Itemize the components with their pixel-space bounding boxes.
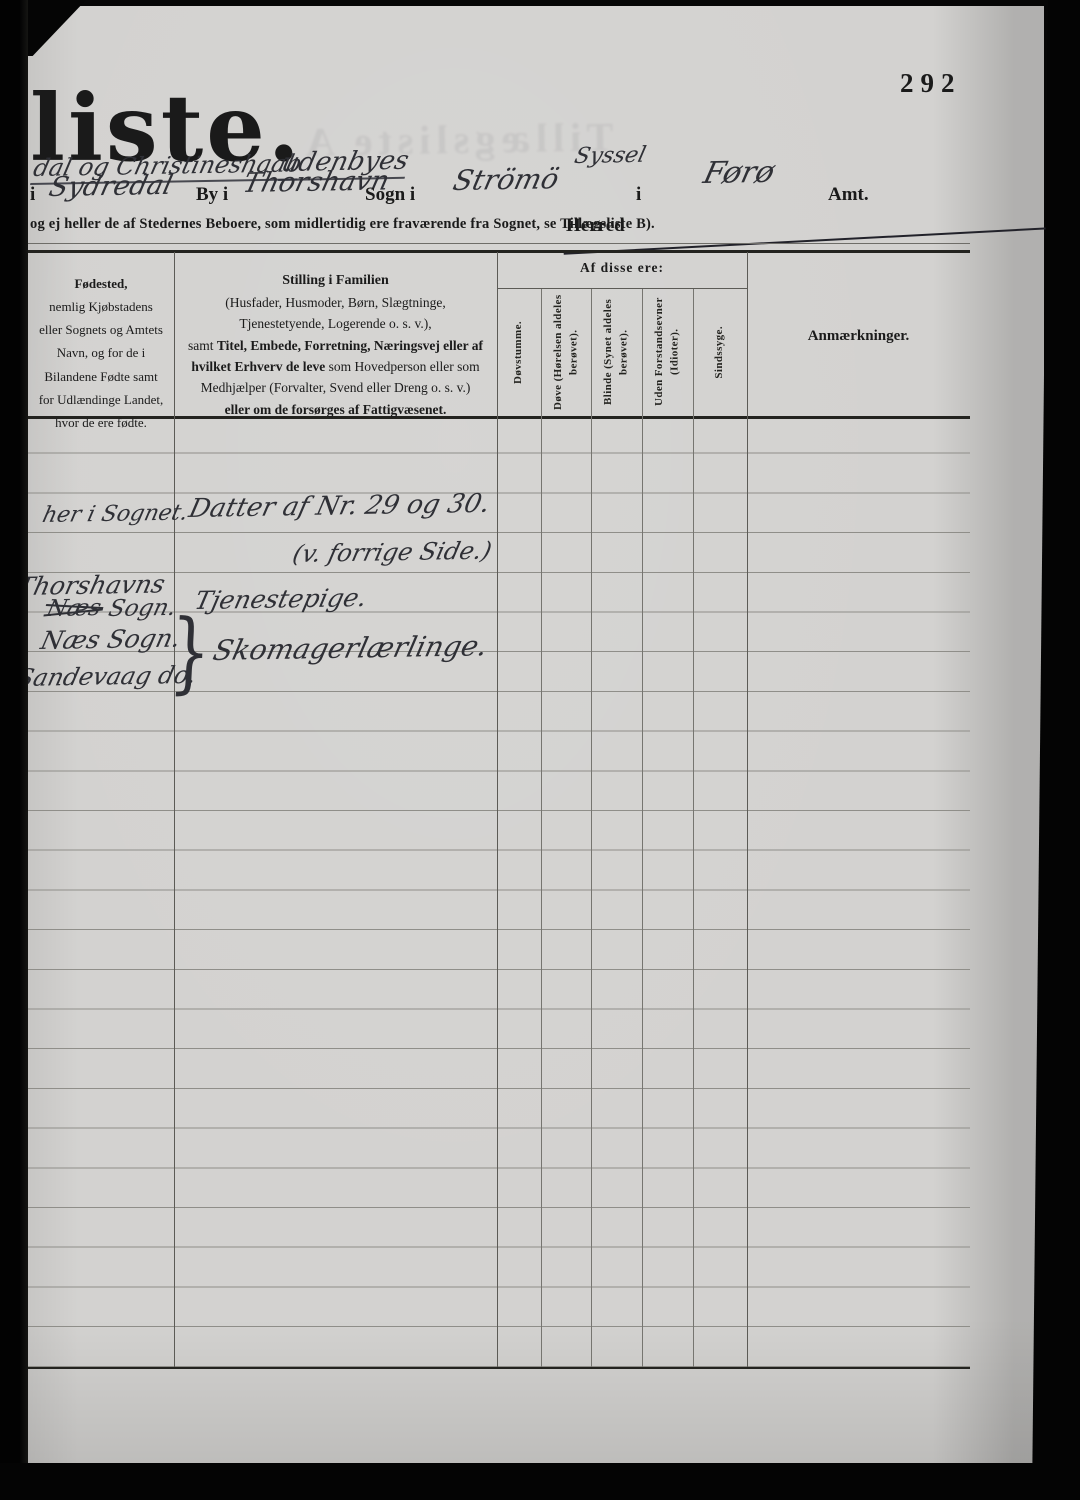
header-stilling-line6: eller om de forsørges af Fattigvæsenet. (178, 399, 493, 420)
header-fodested-line: nemlig Kjøbstadens (28, 295, 174, 318)
header-stilling-line5: Medhjælper (Forvalter, Svend eller Dreng… (178, 377, 493, 398)
entry-row1-fodested: her i Sognet. (40, 500, 191, 528)
header-stilling-line1: (Husfader, Husmoder, Børn, Slægtninge, (178, 292, 493, 313)
entry-row2-fodested-sogn: Sogn. (106, 595, 179, 622)
exclusion-note: og ej heller de af Stedernes Beboere, so… (30, 216, 655, 233)
printed-by-i: By i (196, 184, 228, 206)
paper-sheet: Tillægsliste A 292 liste. dal og Christi… (28, 6, 1044, 1464)
entry-row1-stilling: Datter af Nr. 29 og 30. (186, 489, 493, 524)
header-fodested-line: Navn, og for de i (28, 341, 174, 364)
header-fodested-line: for Udlændinge Landet, (28, 388, 174, 411)
table-top-rule-thick (28, 250, 970, 253)
printed-i-2: i (636, 184, 641, 206)
exclusion-note-ref: B). (636, 216, 655, 232)
header-fodested-title: Fødested, (28, 272, 174, 295)
header-stilling-title: Stilling i Familien (178, 270, 493, 292)
col-divider-sub4 (693, 288, 694, 1367)
entry-row3-fodested-line1: Næs Sogn. (38, 624, 184, 655)
subcolumn-header-dove: Døve (Hørelsen aldeles berøvet). (541, 288, 591, 416)
printed-amt: Amt. (828, 184, 869, 206)
entry-row3-stilling: Skomagerlærlinge. (210, 629, 491, 667)
col-divider-sub2 (591, 288, 592, 1367)
entry-row1-stilling-continued: (v. forrige Side.) (290, 537, 494, 568)
printed-i-1: i (30, 184, 35, 206)
header-fodested: Fødested, nemlig Kjøbstadens eller Sogne… (28, 272, 174, 434)
col-divider-stilling (497, 252, 498, 1367)
scan-edge-left (0, 0, 28, 1500)
subcolumn-header-dovstumme: Døvstumme. (497, 288, 541, 416)
subcolumn-header-uden-forstandsevner: Uden Forstandsevner (Idioter). (642, 288, 693, 416)
entry-row2-fodested-struck: Næs (44, 595, 104, 622)
header-af-disse-ere: Af disse ere: (497, 260, 747, 276)
col-divider-fodested (174, 252, 175, 1367)
table-body-ruled-lines (28, 414, 970, 1368)
header-fodested-line: eller Sognets og Amtets (28, 318, 174, 341)
subcolumn-header-sindssyge: Sindssyge. (693, 288, 747, 416)
printed-sogn-i: Sogn i (365, 184, 415, 206)
col-divider-sub1 (541, 288, 542, 1367)
scanned-census-page: { "page_number": "292", "title_fragment"… (0, 0, 1080, 1500)
hw-sogn-value: Strömö (450, 162, 562, 197)
scan-edge-bottom (0, 1463, 1080, 1500)
subcolumn-header-blinde: Blinde (Synet aldeles berøvet). (591, 288, 642, 416)
col-divider-sub3 (642, 288, 643, 1367)
table-top-rule-thin (28, 243, 970, 244)
entry-row2-fodested: Næs Sogn. (44, 596, 172, 622)
exclusion-note-text: og ej heller de af Stedernes Beboere, so… (30, 216, 636, 232)
entry-row2-stilling: Tjenestepige. (192, 583, 370, 615)
header-stilling-line3: samt Titel, Embede, Forretning, Næringsv… (178, 335, 493, 356)
header-fodested-line: Bilandene Fødte samt (28, 365, 174, 388)
header-fodested-line: hvor de ere fødte. (28, 411, 174, 434)
header-stilling: Stilling i Familien (Husfader, Husmoder,… (178, 270, 493, 420)
entry-row3-brace: } (168, 608, 213, 696)
hw-amt-value: Førø (700, 155, 778, 191)
col-divider-anmaerkninger (747, 252, 748, 1367)
header-stilling-line2: Tjenestetyende, Logerende o. s. v.), (178, 313, 493, 334)
header-anmaerkninger: Anmærkninger. (747, 328, 970, 345)
header-stilling-line4: hvilket Erhverv de leve som Hovedperson … (178, 356, 493, 377)
page-number: 292 (900, 68, 962, 99)
